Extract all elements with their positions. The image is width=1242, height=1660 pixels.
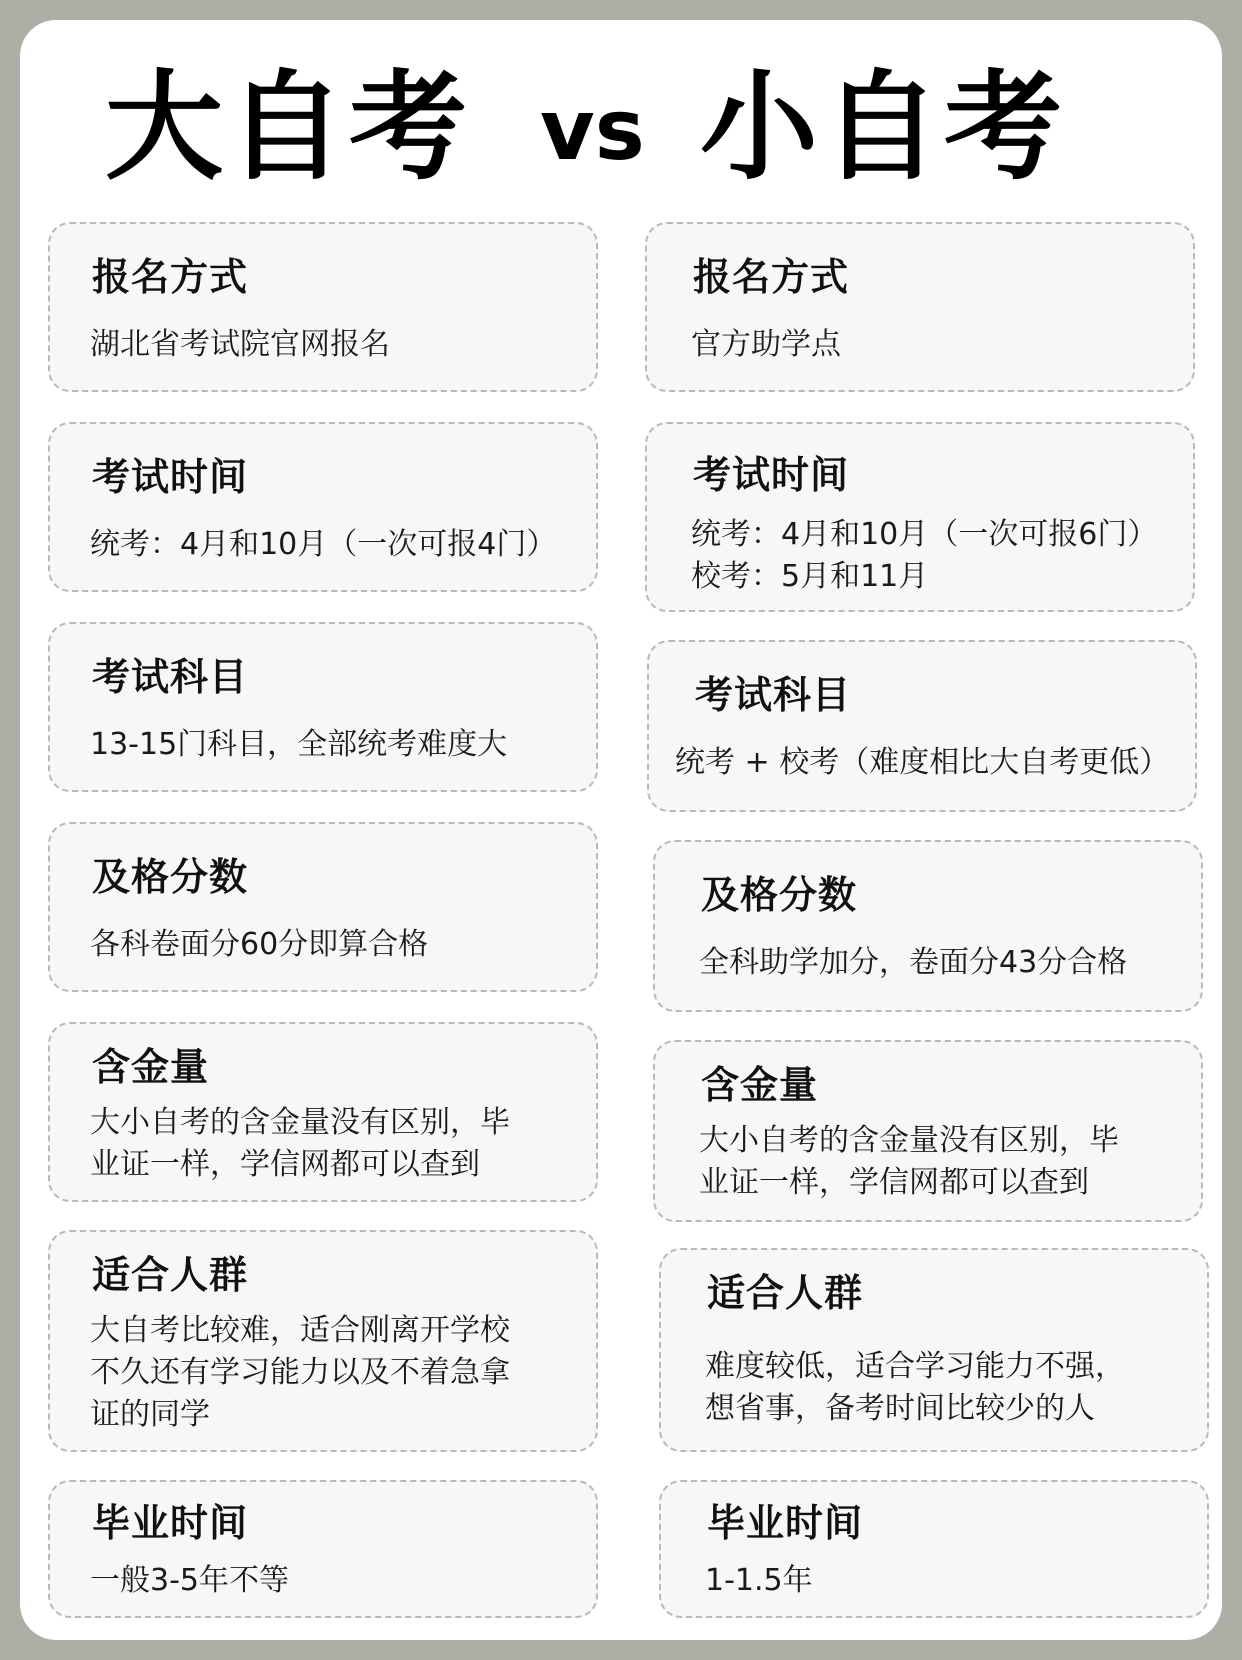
card-heading: 报名方式 bbox=[693, 258, 849, 296]
card-heading: 适合人群 bbox=[707, 1274, 863, 1312]
left-card-subjects: 考试科目 13-15门科目，全部统考难度大 bbox=[48, 622, 598, 792]
card-heading: 考试时间 bbox=[693, 456, 849, 494]
card-heading: 及格分数 bbox=[701, 876, 857, 914]
card-body: 13-15门科目，全部统考难度大 bbox=[90, 724, 507, 766]
right-card-subjects: 考试科目 统考 + 校考（难度相比大自考更低） bbox=[647, 640, 1197, 812]
card-body: 大小自考的含金量没有区别，毕 业证一样，学信网都可以查到 bbox=[699, 1120, 1119, 1204]
page-title: 大自考 vs 小自考 bbox=[0, 58, 1242, 198]
card-heading: 考试时间 bbox=[92, 458, 248, 496]
left-card-graduation-time: 毕业时间 一般3-5年不等 bbox=[48, 1480, 598, 1618]
card-body: 各科卷面分60分即算合格 bbox=[90, 924, 428, 966]
right-card-graduation-time: 毕业时间 1-1.5年 bbox=[659, 1480, 1209, 1618]
card-heading: 报名方式 bbox=[92, 258, 248, 296]
right-card-value: 含金量 大小自考的含金量没有区别，毕 业证一样，学信网都可以查到 bbox=[653, 1040, 1203, 1222]
right-card-passing-score: 及格分数 全科助学加分，卷面分43分合格 bbox=[653, 840, 1203, 1012]
left-card-value: 含金量 大小自考的含金量没有区别，毕 业证一样，学信网都可以查到 bbox=[48, 1022, 598, 1202]
right-card-audience: 适合人群 难度较低，适合学习能力不强， 想省事，备考时间比较少的人 bbox=[659, 1248, 1209, 1452]
title-left: 大自考 bbox=[105, 68, 471, 186]
left-card-registration: 报名方式 湖北省考试院官网报名 bbox=[48, 222, 598, 392]
card-heading: 含金量 bbox=[701, 1066, 818, 1104]
right-card-registration: 报名方式 官方助学点 bbox=[645, 222, 1195, 392]
card-body: 全科助学加分，卷面分43分合格 bbox=[699, 942, 1127, 984]
title-vs: vs bbox=[540, 88, 645, 172]
card-body: 大自考比较难，适合刚离开学校 不久还有学习能力以及不着急拿 证的同学 bbox=[90, 1310, 510, 1436]
card-heading: 考试科目 bbox=[695, 676, 851, 714]
card-body: 统考：4月和10月（一次可报6门） 校考：5月和11月 bbox=[691, 514, 1157, 598]
card-heading: 及格分数 bbox=[92, 858, 248, 896]
card-heading: 毕业时间 bbox=[707, 1504, 863, 1542]
card-body: 统考 + 校考（难度相比大自考更低） bbox=[675, 742, 1169, 784]
card-body: 难度较低，适合学习能力不强， 想省事，备考时间比较少的人 bbox=[705, 1346, 1125, 1430]
right-card-exam-time: 考试时间 统考：4月和10月（一次可报6门） 校考：5月和11月 bbox=[645, 422, 1195, 612]
left-card-passing-score: 及格分数 各科卷面分60分即算合格 bbox=[48, 822, 598, 992]
card-heading: 考试科目 bbox=[92, 658, 248, 696]
title-right: 小自考 bbox=[700, 68, 1066, 186]
card-heading: 毕业时间 bbox=[92, 1504, 248, 1542]
card-body: 统考：4月和10月（一次可报4门） bbox=[90, 524, 556, 566]
left-card-audience: 适合人群 大自考比较难，适合刚离开学校 不久还有学习能力以及不着急拿 证的同学 bbox=[48, 1230, 598, 1452]
card-body: 1-1.5年 bbox=[705, 1560, 813, 1602]
left-card-exam-time: 考试时间 统考：4月和10月（一次可报4门） bbox=[48, 422, 598, 592]
card-body: 湖北省考试院官网报名 bbox=[90, 324, 390, 366]
card-body: 大小自考的含金量没有区别，毕 业证一样，学信网都可以查到 bbox=[90, 1102, 510, 1186]
card-heading: 适合人群 bbox=[92, 1256, 248, 1294]
card-body: 一般3-5年不等 bbox=[90, 1560, 289, 1602]
card-body: 官方助学点 bbox=[691, 324, 841, 366]
card-heading: 含金量 bbox=[92, 1048, 209, 1086]
